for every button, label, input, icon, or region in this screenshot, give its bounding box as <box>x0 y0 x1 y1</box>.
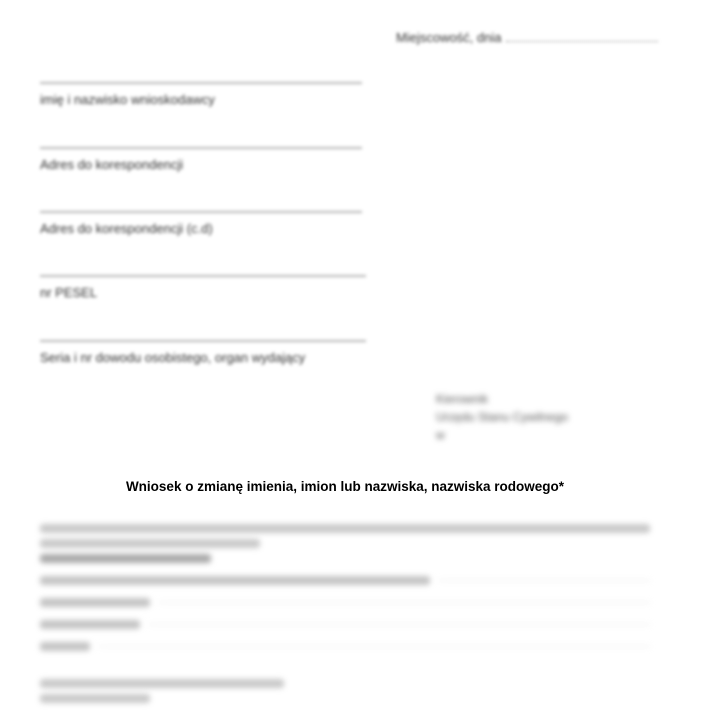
place-date-line: Miejscowość, dnia <box>396 30 658 45</box>
document-title: Wniosek o zmianę imienia, imion lub nazw… <box>0 479 690 494</box>
field-label: Adres do korespondencji <box>40 157 362 172</box>
addressee-line-2: Urzędu Stanu Cywilnego <box>436 408 568 426</box>
input-line <box>40 211 362 213</box>
address-field[interactable]: Adres do korespondencji <box>40 147 362 172</box>
addressee-line-3: w <box>436 426 568 444</box>
field-label: Seria i nr dowodu osobistego, organ wyda… <box>40 350 366 365</box>
place-date-input[interactable] <box>506 41 658 42</box>
input-line <box>40 275 366 277</box>
input-line <box>40 147 362 149</box>
address-continued-field[interactable]: Adres do korespondencji (c.d) <box>40 211 362 236</box>
input-line <box>40 340 366 342</box>
id-card-field[interactable]: Seria i nr dowodu osobistego, organ wyda… <box>40 340 366 365</box>
field-label: imię i nazwisko wnioskodawcy <box>40 92 362 107</box>
input-line <box>40 82 362 84</box>
blurred-body <box>40 518 650 709</box>
applicant-name-field[interactable]: imię i nazwisko wnioskodawcy <box>40 82 362 107</box>
pesel-field[interactable]: nr PESEL <box>40 275 366 300</box>
field-label: Adres do korespondencji (c.d) <box>40 221 362 236</box>
place-date-label: Miejscowość, dnia <box>396 30 502 45</box>
addressee-line-1: Kierownik <box>436 390 568 408</box>
addressee-block: Kierownik Urzędu Stanu Cywilnego w <box>436 390 568 444</box>
field-label: nr PESEL <box>40 285 366 300</box>
